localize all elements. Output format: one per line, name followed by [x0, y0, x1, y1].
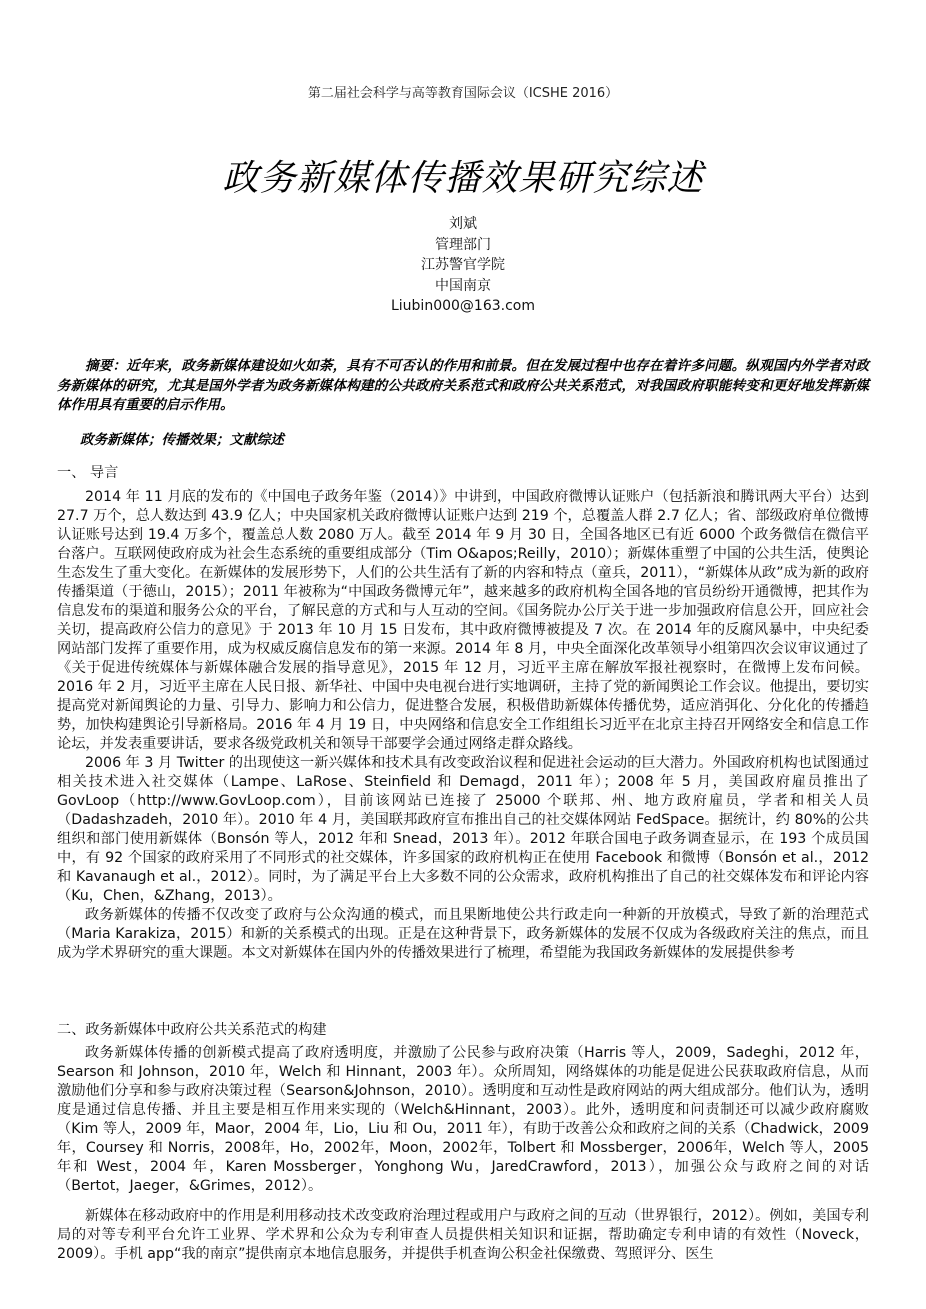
paragraph: 政务新媒体的传播不仅改变了政府与公众沟通的模式，而且果断地使公共行政走向一种新的…: [57, 906, 869, 963]
conference-header: 第二届社会科学与高等教育国际会议（ICSHE 2016）: [0, 82, 926, 101]
author-department: 管理部门: [0, 235, 926, 256]
abstract: 摘要：近年来，政务新媒体建设如火如荼，具有不可否认的作用和前景。但在发展过程中也…: [57, 357, 869, 416]
paragraph: 政务新媒体传播的创新模式提高了政府透明度，并激励了公民参与政府决策（Harris…: [57, 1044, 869, 1196]
author-email: Liubin000@163.com: [0, 296, 926, 317]
paragraph: 新媒体在移动政府中的作用是利用移动技术改变政府治理过程或用户与政府之间的互动（世…: [57, 1207, 869, 1264]
keywords: 政务新媒体；传播效果；文献综述: [80, 428, 284, 448]
paragraph: 2014 年 11 月底的发布的《中国电子政务年鉴（2014）》中讲到，中国政府…: [57, 488, 869, 754]
author-institution: 江苏警官学院: [0, 255, 926, 276]
section-heading-pr-paradigm: 二、政务新媒体中政府公共关系范式的构建: [57, 1019, 327, 1039]
abstract-text: 摘要：近年来，政务新媒体建设如火如荼，具有不可否认的作用和前景。但在发展过程中也…: [57, 357, 869, 416]
paper-page: 第二届社会科学与高等教育国际会议（ICSHE 2016） 政务新媒体传播效果研究…: [0, 0, 926, 1309]
section-pr-paradigm-body: 政务新媒体传播的创新模式提高了政府透明度，并激励了公民参与政府决策（Harris…: [57, 1044, 869, 1264]
author-name: 刘斌: [0, 214, 926, 235]
author-block: 刘斌 管理部门 江苏警官学院 中国南京 Liubin000@163.com: [0, 214, 926, 317]
paper-title: 政务新媒体传播效果研究综述: [0, 150, 926, 201]
section-heading-intro: 一、 导言: [57, 462, 118, 482]
author-location: 中国南京: [0, 276, 926, 297]
paragraph: 2006 年 3 月 Twitter 的出现使这一新兴媒体和技术具有改变政治议程…: [57, 754, 869, 906]
section-intro-body: 2014 年 11 月底的发布的《中国电子政务年鉴（2014）》中讲到，中国政府…: [57, 488, 869, 963]
